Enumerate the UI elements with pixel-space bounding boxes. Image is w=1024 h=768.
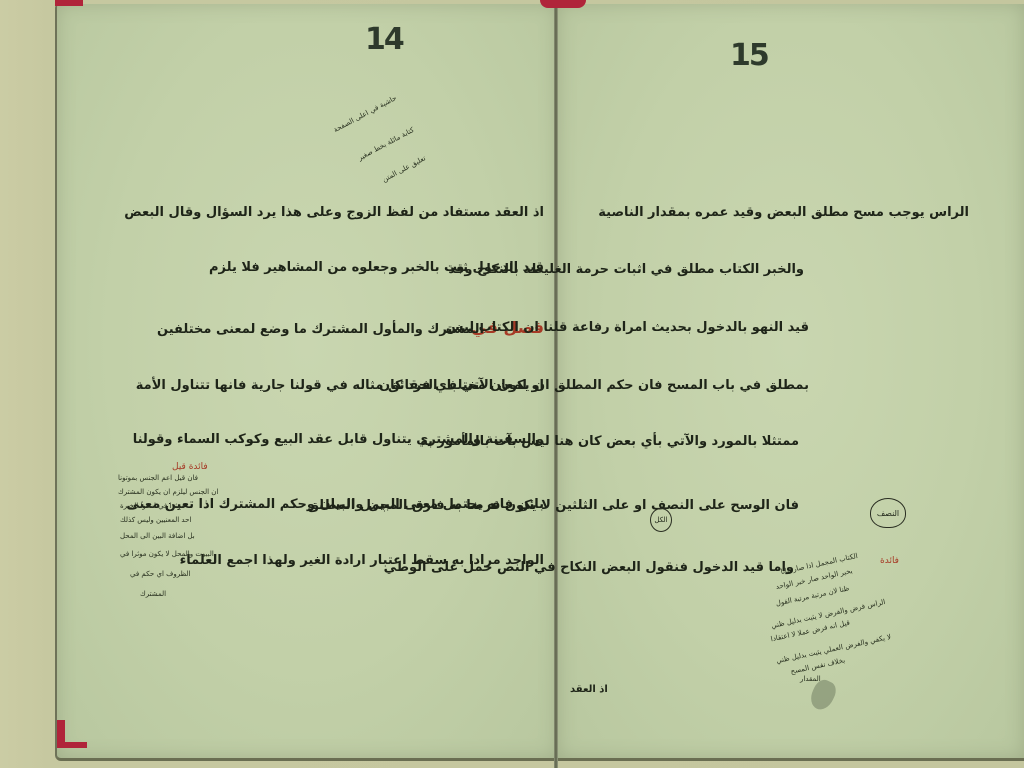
side-gloss-line: احد المعنيين وليس كذلك — [120, 516, 191, 524]
binding-thread — [55, 0, 83, 6]
side-gloss-line: فان قيل اعم الجنس بموتونا — [118, 474, 198, 482]
side-gloss-label: فائدة قيل — [172, 462, 208, 472]
main-text-line: واما قيد الدخول فنقول البعض النكاح في ال… — [384, 560, 794, 575]
binding-thread — [57, 742, 87, 748]
binding-thread — [540, 0, 586, 8]
side-gloss-line: الظروف اي حكم في — [130, 570, 190, 578]
side-gloss-label: فائدة — [880, 556, 899, 566]
marginal-seal-nisf: النصف — [870, 498, 906, 528]
main-text-line: قيد النهو بالدخول بحديث امراة رفاعة قلنا… — [446, 320, 809, 335]
side-gloss-line: البيوت والمحل لا يكون موثرا في — [120, 550, 214, 558]
side-gloss-line: بل اضافة البين الى المحل — [120, 532, 195, 540]
main-text-line: اذ العقد مستفاد من لفظ الزوج وعلى هذا ير… — [124, 205, 544, 220]
side-gloss-line: المشترك — [140, 590, 166, 598]
marginal-seal-kull: الكل — [650, 508, 672, 532]
main-text-line: ممتثلا بالمورد والآتي بأي بعض كان هنا لي… — [420, 434, 799, 449]
main-text-line: والخبر الكتاب مطلق في اثبات حرمة الغليظة… — [448, 262, 804, 277]
catchword: اذ العقد — [570, 684, 608, 695]
side-gloss-line: ان الجنس ليلزم ان يكون المشترك — [118, 488, 218, 496]
main-text-line: المشترك والمأول المشترك ما وضع لمعنى مخت… — [157, 322, 484, 337]
side-gloss-line: موثرا في استوا الخبرة — [120, 502, 185, 510]
right-folio-number: 15 — [730, 38, 768, 73]
main-text-line: فان الوسح على النصف او على الثلثين لا يك… — [307, 498, 799, 513]
main-text-line: بمطلق في باب المسح فان حكم المطلق ان يكو… — [379, 378, 809, 393]
left-folio-number: 14 — [365, 22, 403, 57]
main-text-line: الراس يوجب مسح مطلق البعض وقيد عمره بمقد… — [598, 205, 969, 220]
